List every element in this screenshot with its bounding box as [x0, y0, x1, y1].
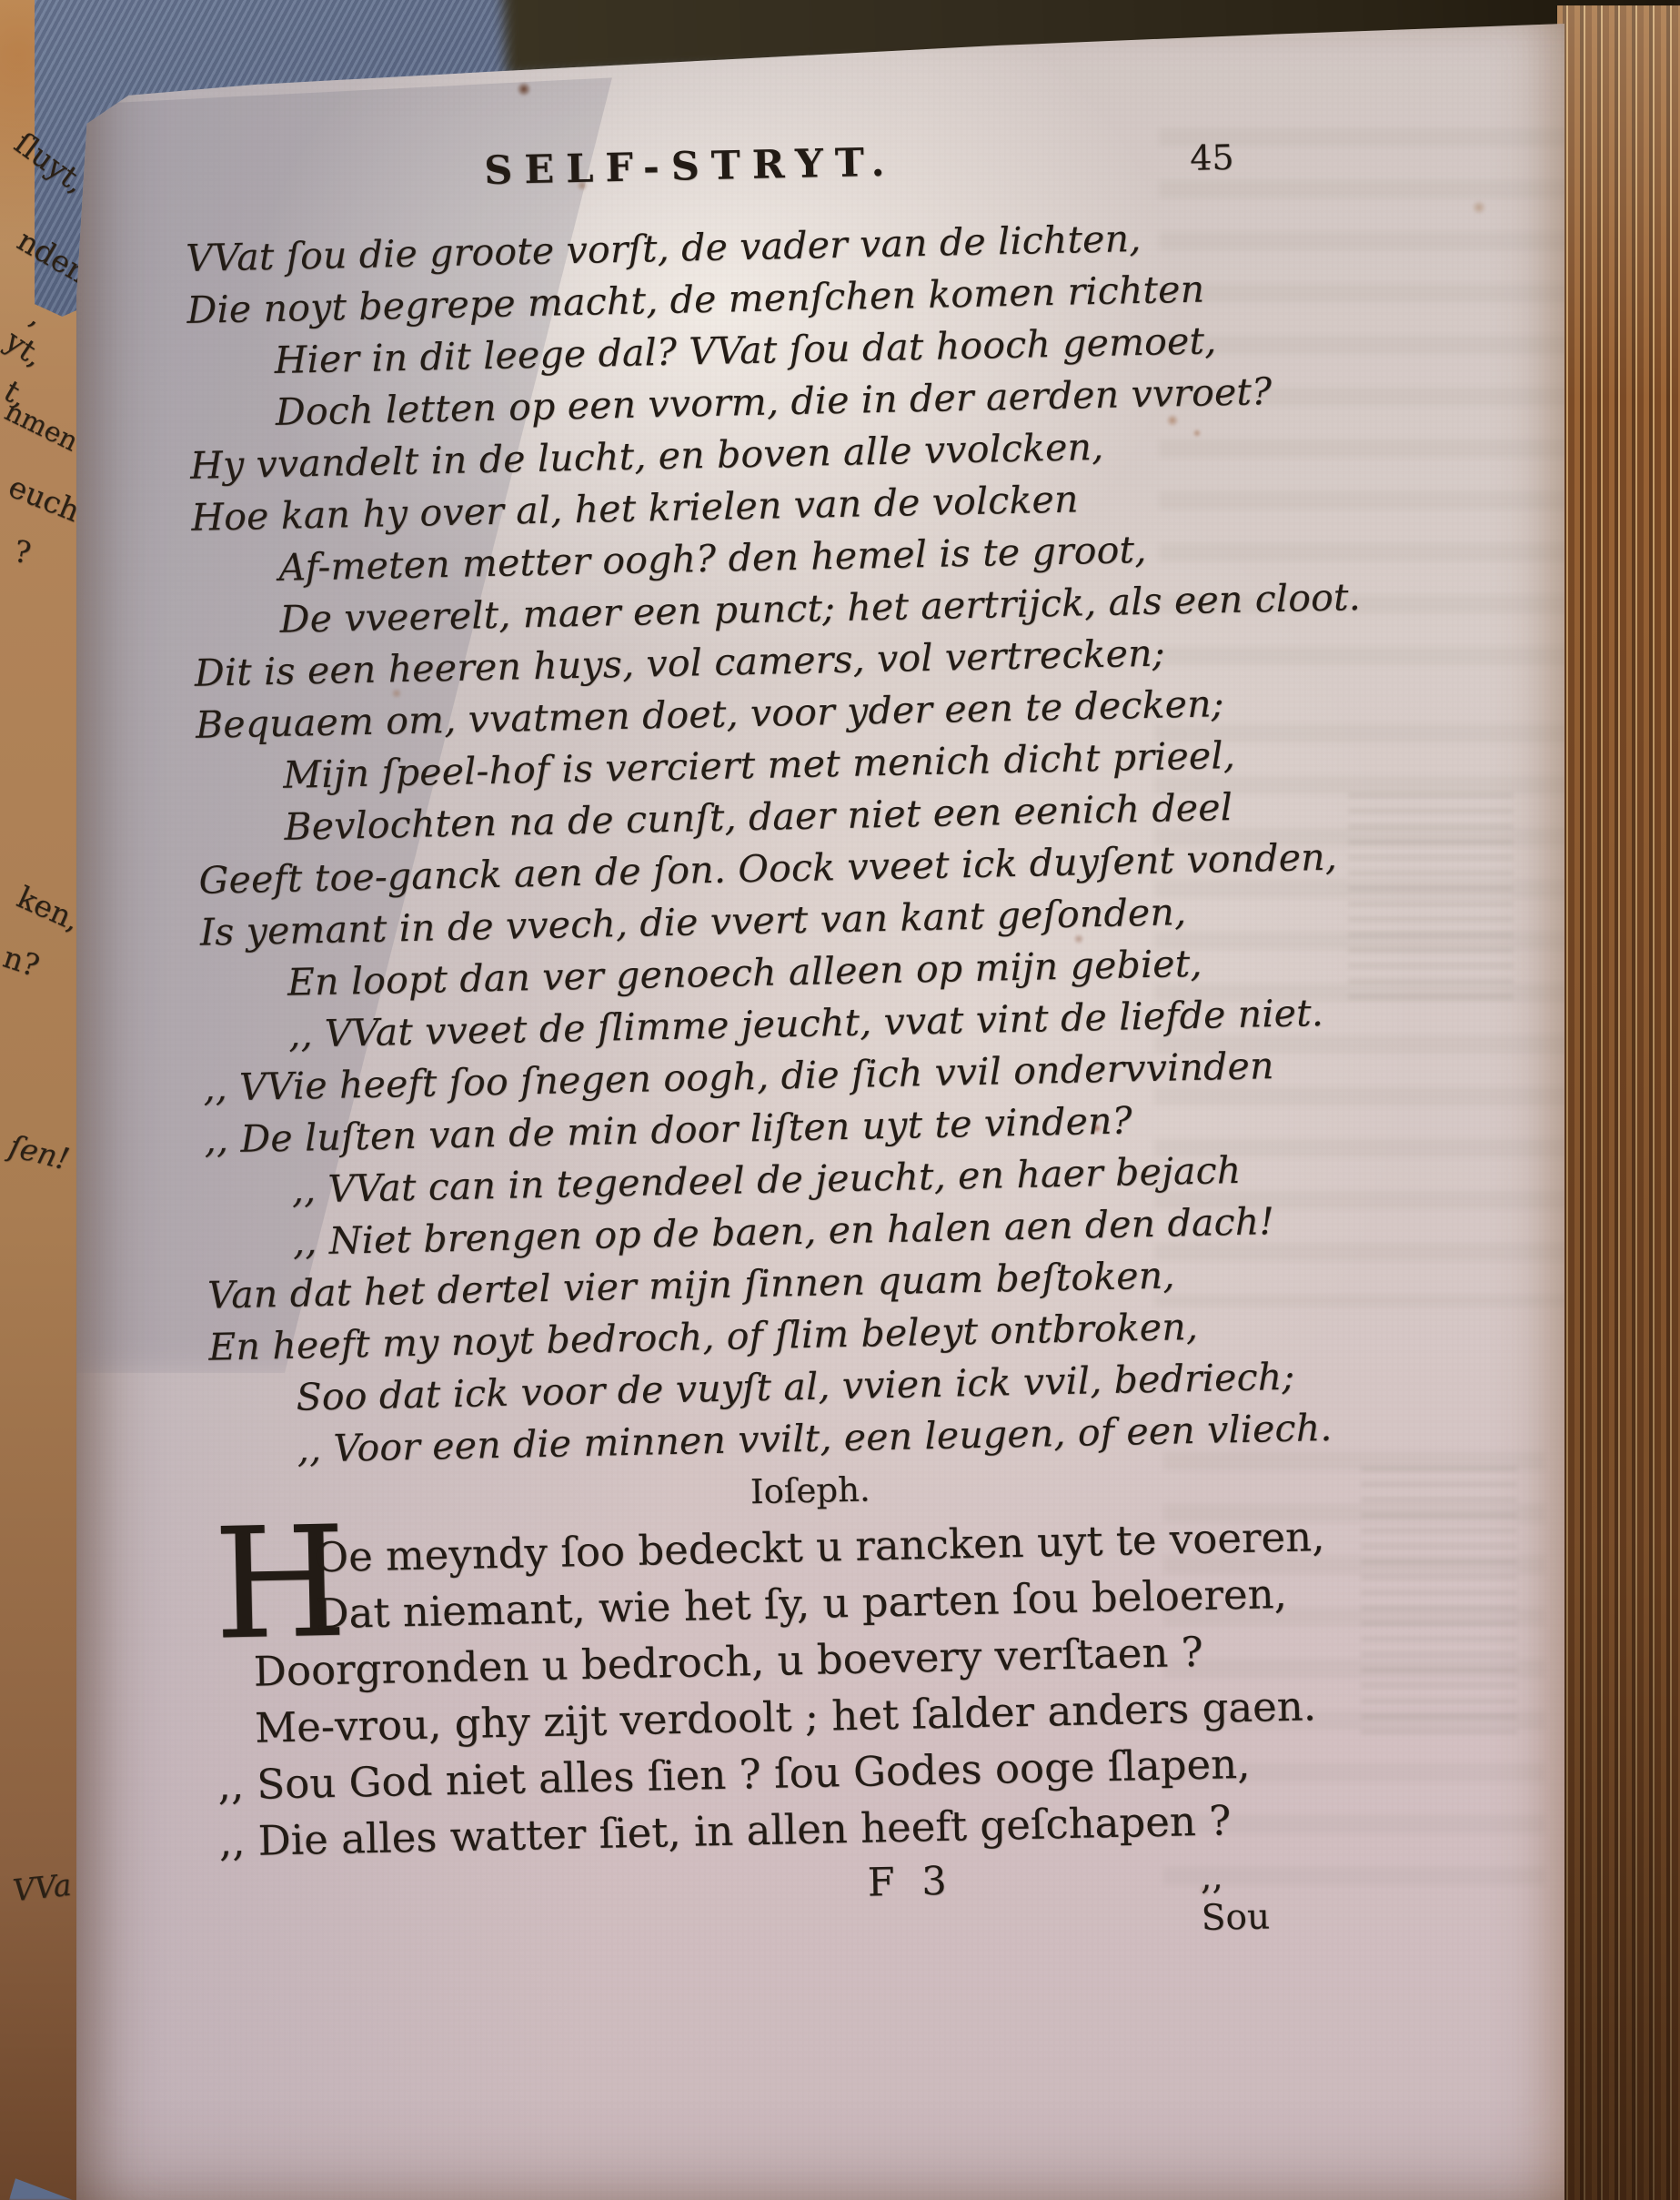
facing-page-text-fragment: ?: [12, 536, 33, 569]
book-fore-edge: [1557, 5, 1680, 2200]
facing-page-text-fragment: ,: [25, 300, 49, 331]
page-content: SELF-STRYT. 45 VVat ſou die groote vorſt…: [184, 136, 1294, 1932]
drop-cap: H: [213, 1529, 317, 1640]
running-title: SELF-STRYT.: [484, 144, 897, 191]
signature-mark: F 3: [867, 1859, 947, 1906]
facing-page-text-fragment: VVa: [11, 1870, 72, 1906]
facing-page-text-fragment: ken,: [13, 882, 85, 935]
facing-page-text-fragment: n?: [0, 942, 43, 981]
poem-stanza-ioseph: H Oe meyndy ſoo bedeckt u rancken uyt te…: [213, 1509, 1293, 1871]
page-number: 45: [1190, 140, 1234, 176]
photo-scene: ſluyt,nden,,yt,t,nmen?eucht?ken,n?ſen!VV…: [0, 0, 1680, 2200]
facing-page-text-fragment: yt,: [0, 325, 49, 371]
book-page: SELF-STRYT. 45 VVat ſou die groote vorſt…: [76, 24, 1564, 2200]
facing-page-text-fragment: ſen!: [6, 1130, 72, 1174]
catchword: ,, Sou: [1200, 1855, 1294, 1939]
facing-page-text-fragment: ſluyt,: [10, 127, 91, 197]
poem-stanza-italic: VVat ſou die groote vorſt, de vader van …: [186, 210, 1284, 1477]
